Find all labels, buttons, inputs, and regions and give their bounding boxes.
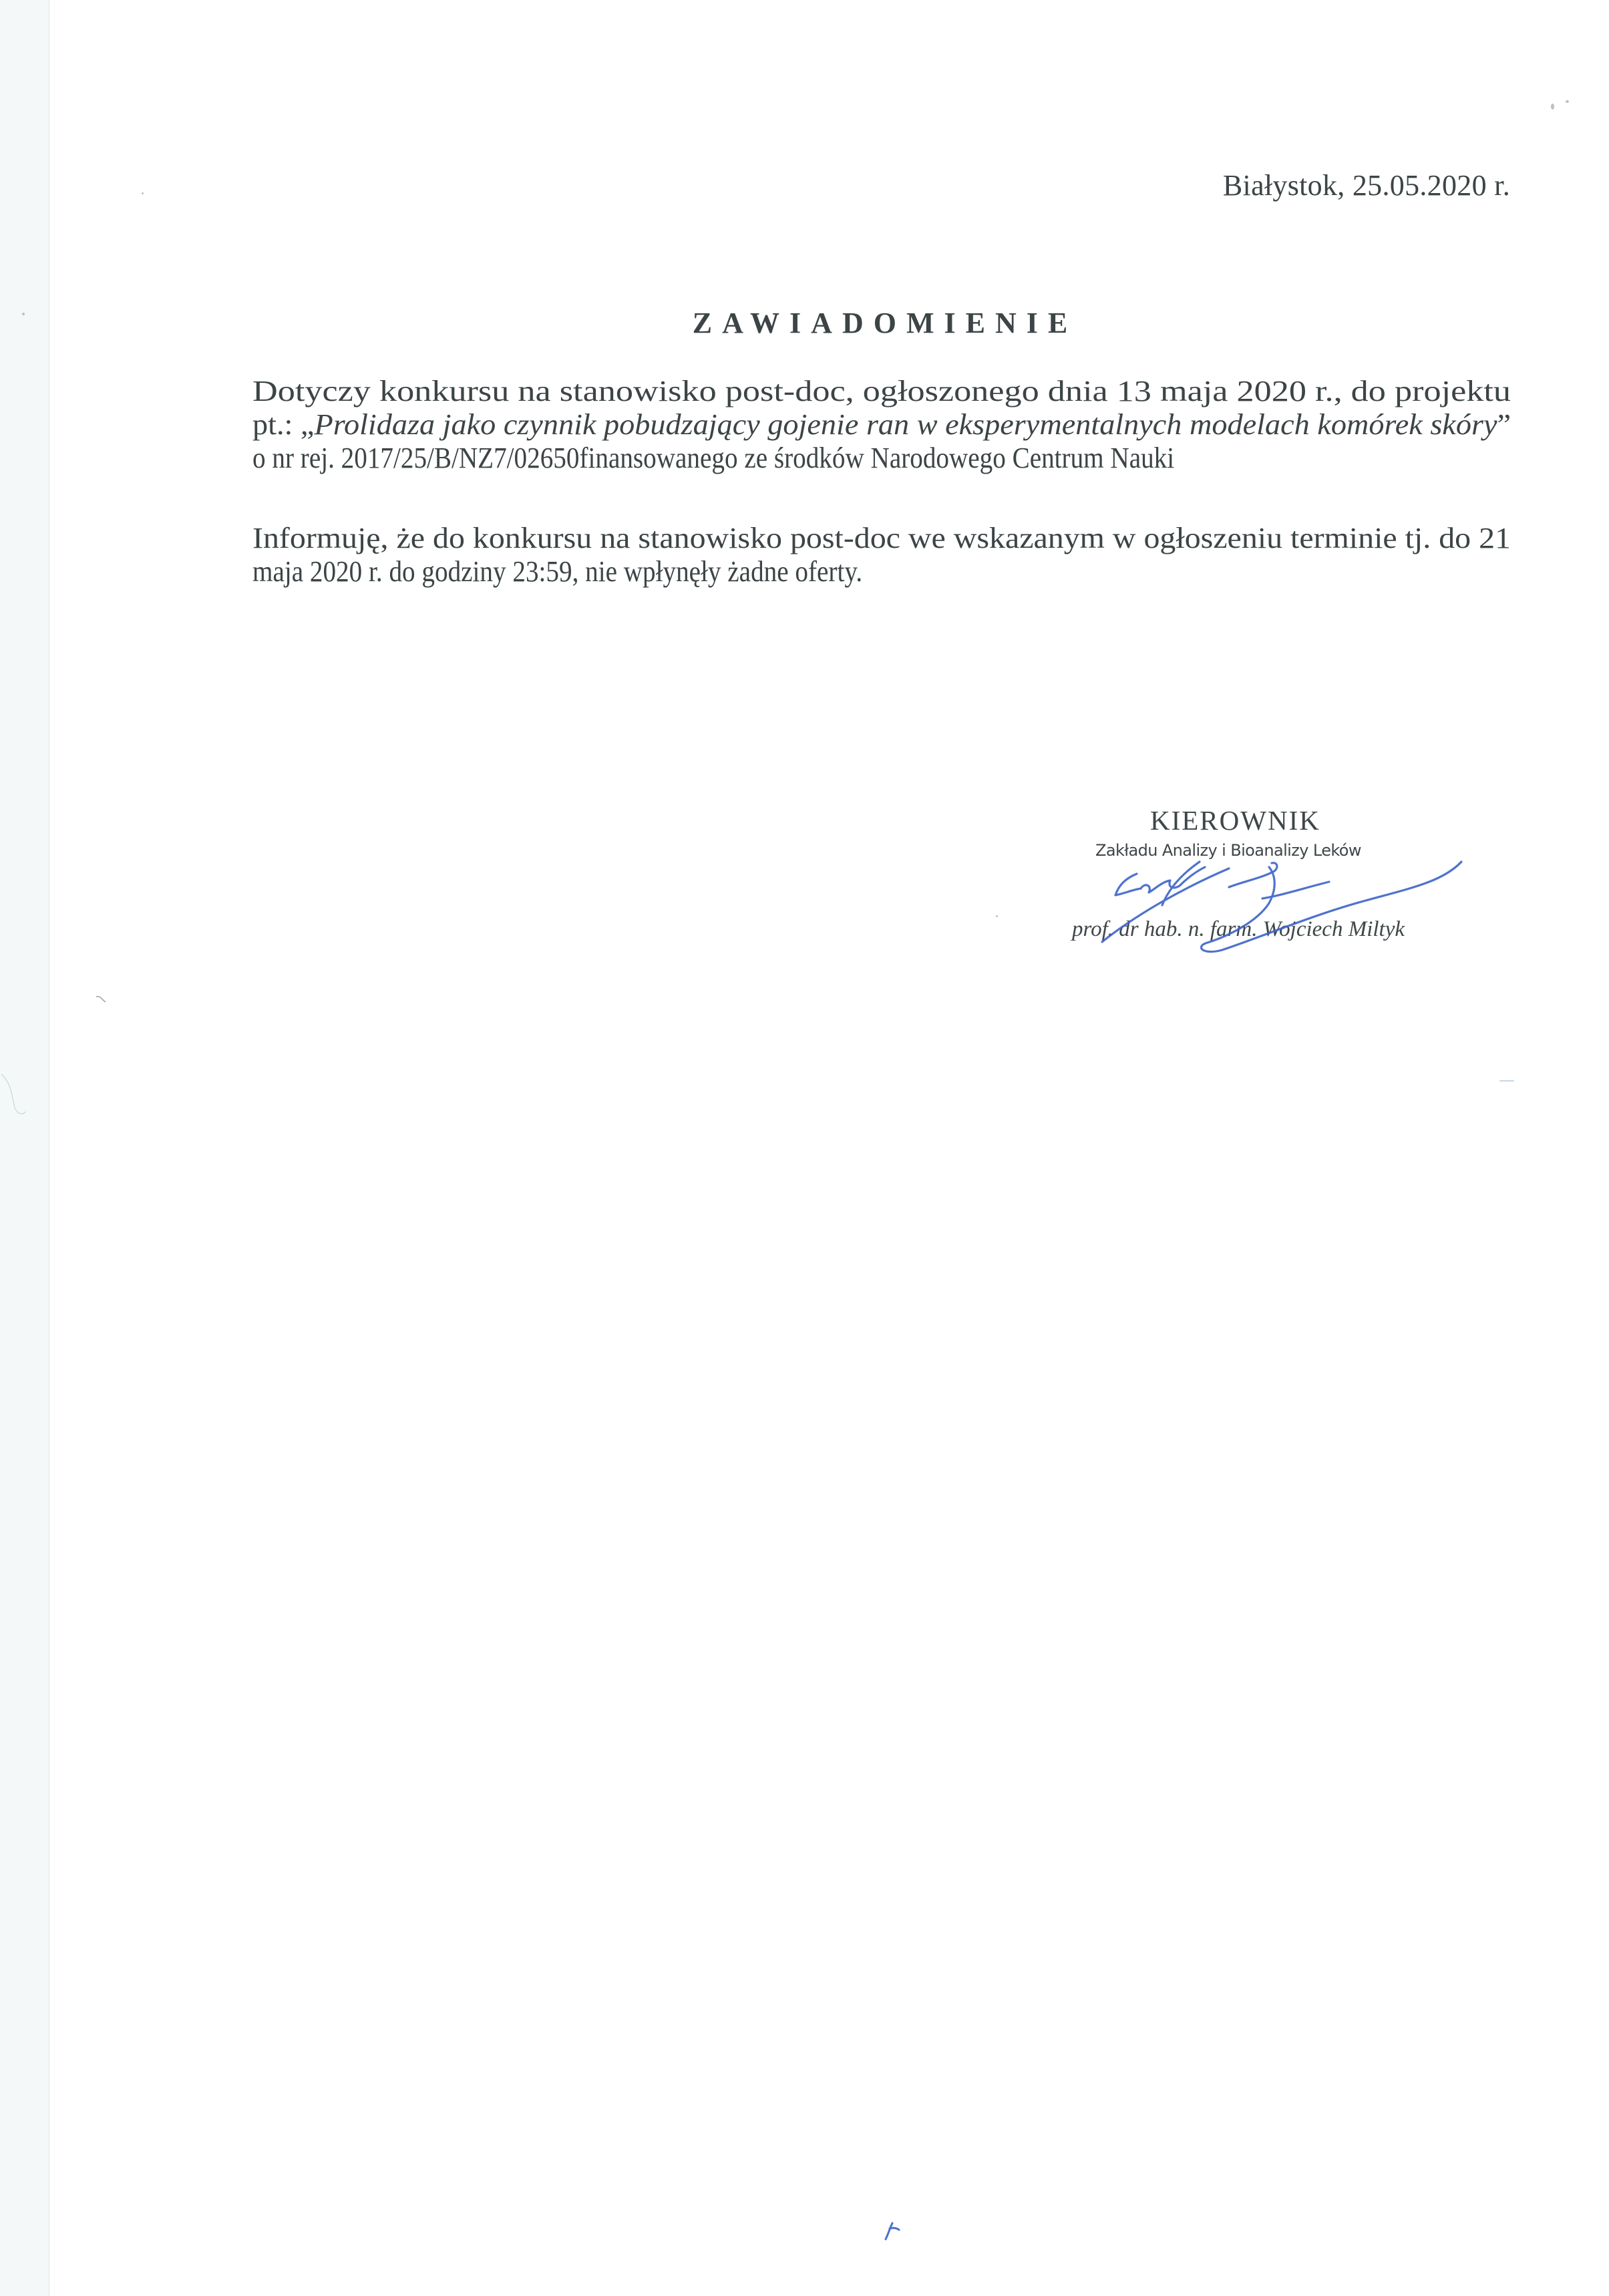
scan-speck: [1551, 104, 1554, 110]
stamp-title: KIEROWNIK: [1150, 804, 1320, 836]
subject-line-2: pt.: „Prolidaza jako czynnik pobudzający…: [252, 407, 1511, 441]
stray-ink-mark-icon: [880, 2219, 903, 2243]
scan-speck: [142, 192, 144, 194]
info-line-1: Informuję, że do konkursu na stanowisko …: [252, 521, 1511, 554]
paper-edge-line: [49, 0, 49, 2296]
registration-number-text: o nr rej. 2017/25/B/NZ7/02650finansowane…: [252, 441, 1174, 474]
subject-line-1: Dotyczy konkursu na stanowisko post-doc,…: [252, 374, 1511, 407]
subject-text-1: Dotyczy konkursu na stanowisko post-doc,…: [252, 374, 1511, 407]
stray-pencil-mark-icon: [94, 994, 110, 1007]
closing-quote: ”: [1497, 407, 1511, 441]
paragraph-information: Informuję, że do konkursu na stanowisko …: [252, 521, 1511, 588]
scan-margin-shadow: [0, 0, 49, 2296]
stamp-signatory-name: prof. dr hab. n. farm. Wojciech Miltyk: [1072, 917, 1405, 942]
place-and-date: Białystok, 25.05.2020 r.: [1223, 168, 1510, 202]
project-title: Prolidaza jako czynnik pobudzający gojen…: [314, 407, 1497, 441]
subject-prefix: pt.: „: [252, 407, 314, 441]
stray-margin-line-icon: [0, 1069, 33, 1122]
info-line-2: maja 2020 r. do godziny 23:59, nie wpłyn…: [252, 554, 1511, 588]
scan-speck: [996, 915, 998, 917]
official-stamp: KIEROWNIK Zakładu Analizy i Bioanalizy L…: [1062, 788, 1463, 962]
info-text-2: maja 2020 r. do godziny 23:59, nie wpłyn…: [252, 554, 862, 588]
paragraph-subject: Dotyczy konkursu na stanowisko post-doc,…: [252, 374, 1511, 474]
stamp-department: Zakładu Analizy i Bioanalizy Leków: [1095, 841, 1361, 860]
document-title: ZAWIADOMIENIE: [0, 306, 1609, 340]
subject-line-3: o nr rej. 2017/25/B/NZ7/02650finansowane…: [252, 441, 1511, 474]
scan-speck: [1566, 100, 1569, 103]
info-text-1: Informuję, że do konkursu na stanowisko …: [252, 521, 1511, 554]
scan-speck: [1499, 1080, 1514, 1082]
